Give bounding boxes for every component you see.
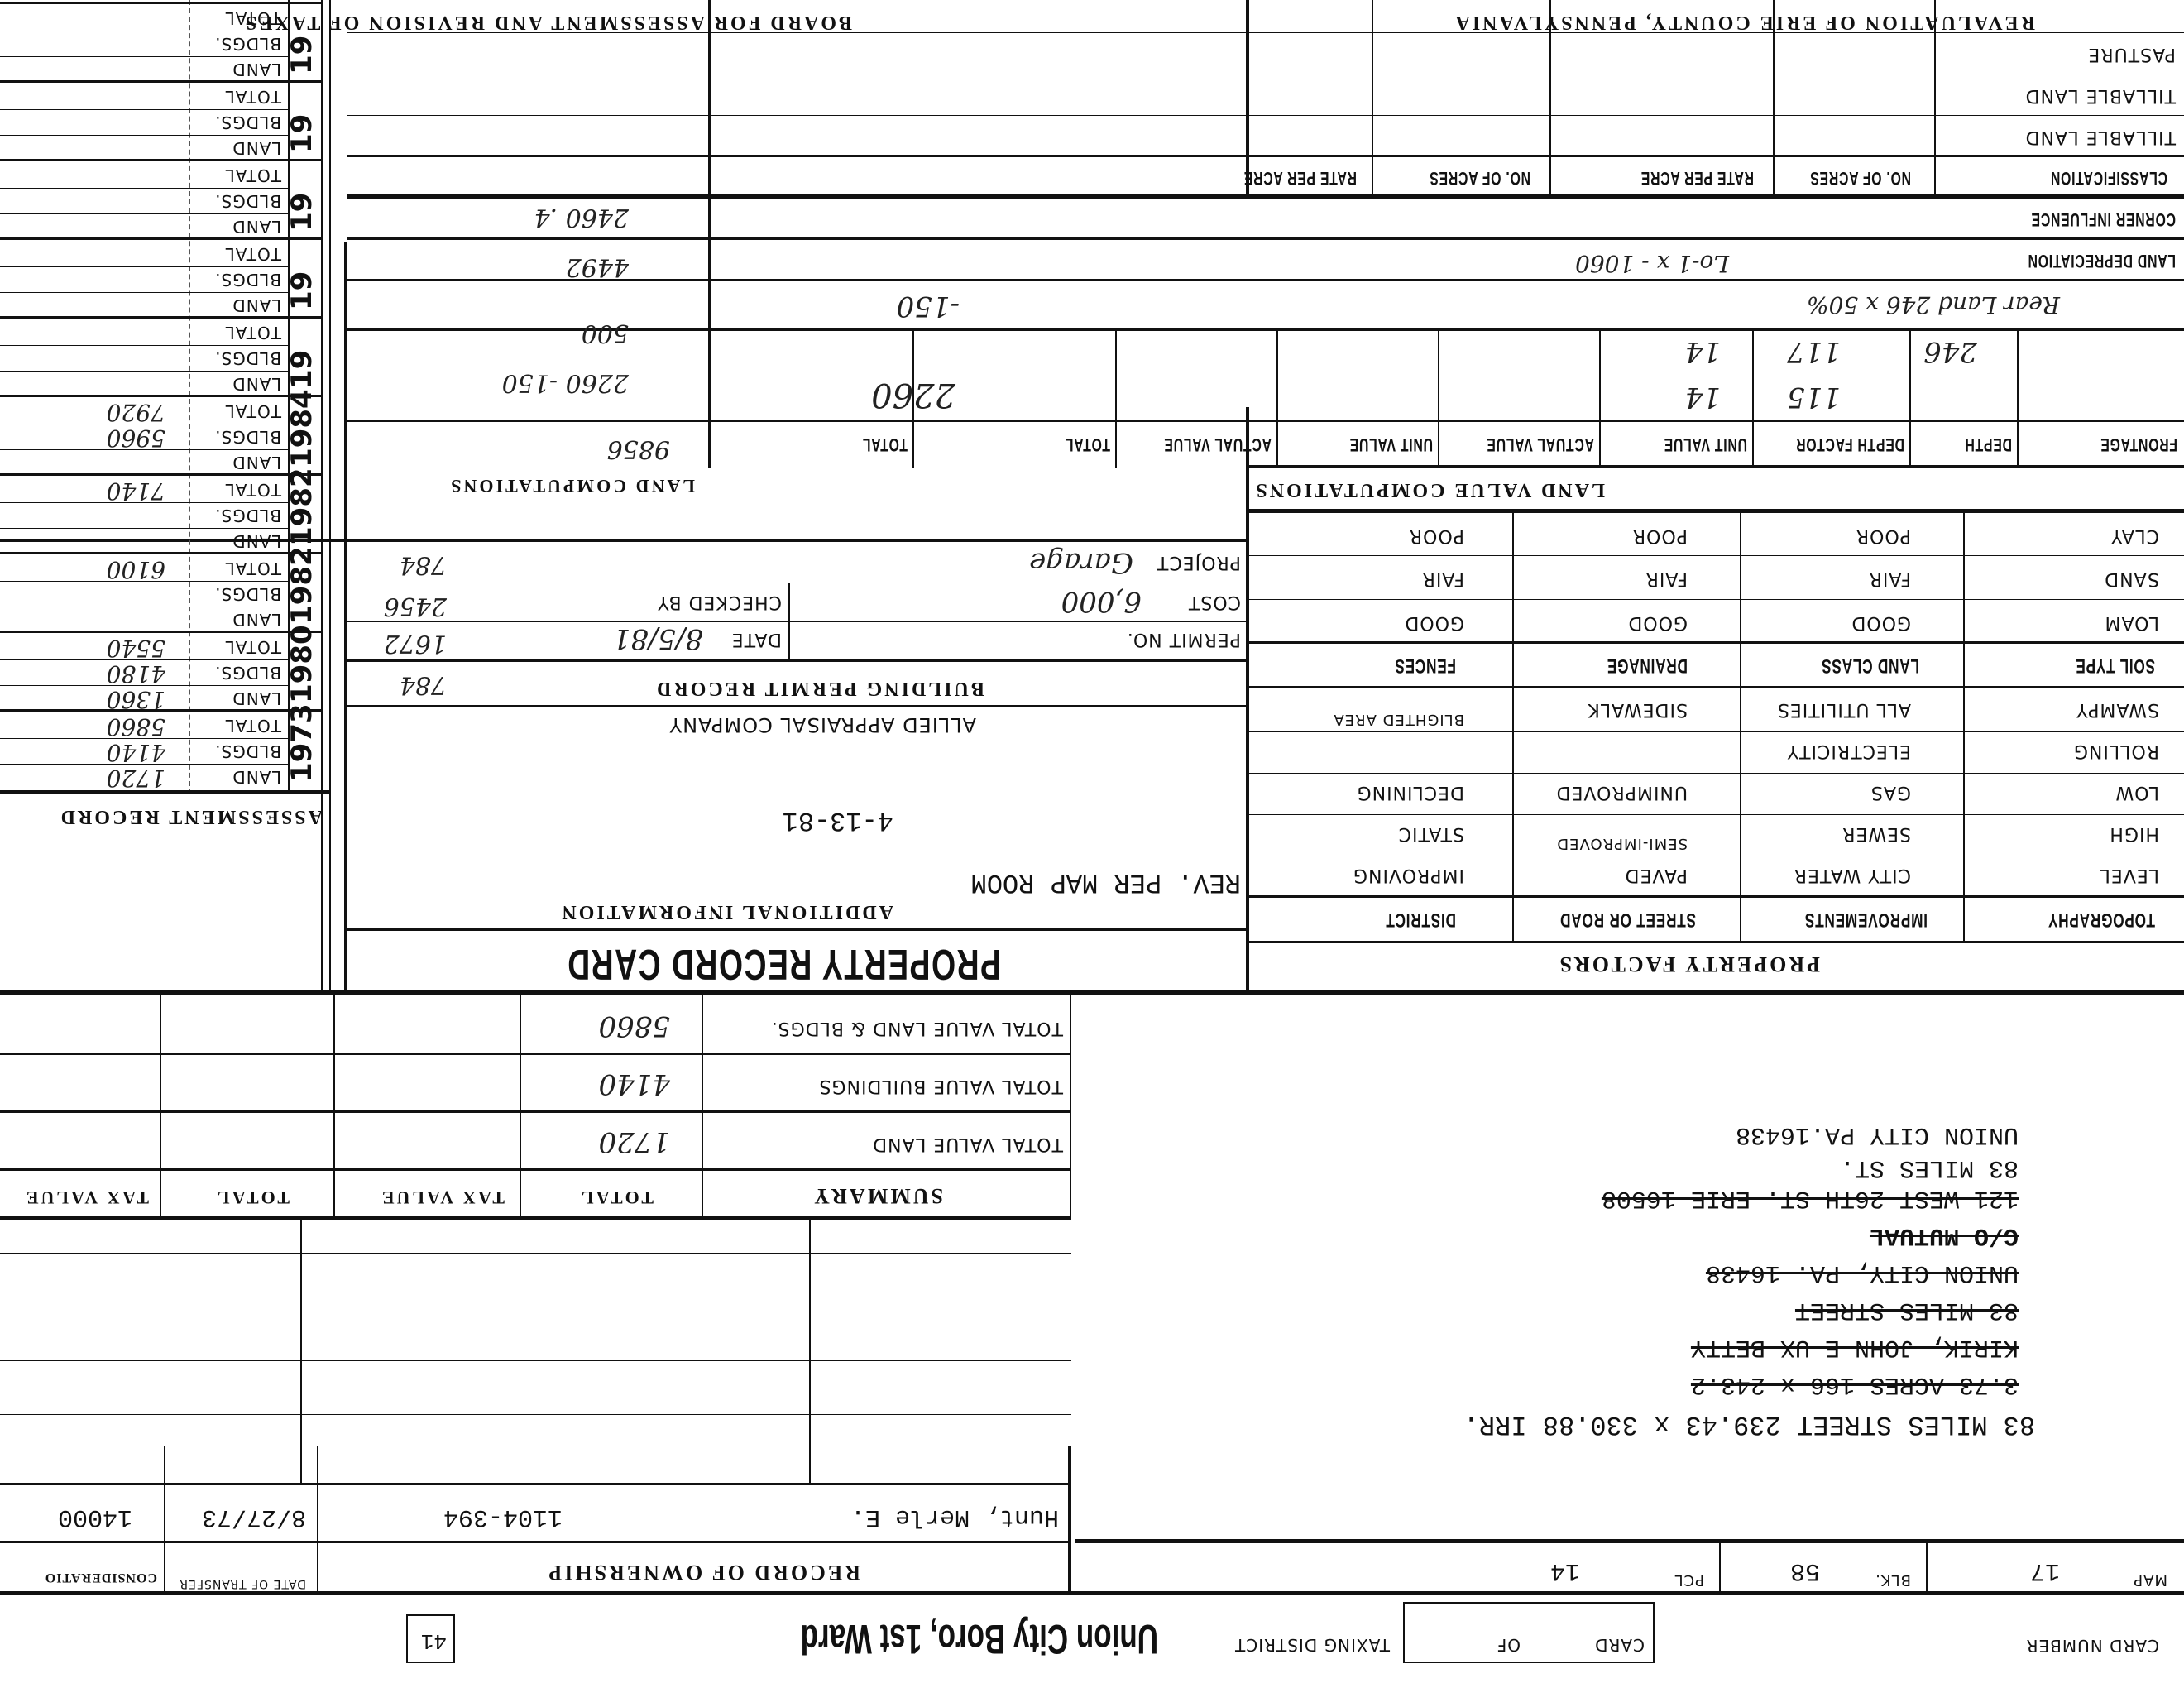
assessment-block-divider: [0, 80, 323, 83]
factor-declining: DECLINING: [1357, 782, 1464, 803]
assessment-row-divider: [0, 266, 290, 267]
permit-date-value: 8/5/81: [613, 622, 703, 655]
factor-static: STATIC: [1398, 823, 1464, 844]
assessment-bldgs-label: BLDGS.: [214, 113, 281, 132]
assessment-bldgs-label: BLDGS.: [214, 663, 281, 683]
lc-note-5: 2460 .4: [534, 203, 629, 232]
assessment-total-label: TOTAL: [225, 244, 281, 264]
card-label: CARD: [1594, 1635, 1645, 1655]
assessment-row-divider: [0, 528, 290, 529]
lv-unit-value-2: 14: [1685, 335, 1721, 368]
assessment-total-value: 7140: [107, 477, 165, 505]
blk-label: BLK.: [1875, 1571, 1911, 1589]
corner-influence-label: CORNER INFLUENCE: [2031, 209, 2176, 230]
land-value-col-header: ACTUAL VALUE: [1164, 434, 1272, 455]
assessment-row-divider: [0, 764, 290, 765]
assessment-total-value: 5540: [107, 635, 165, 662]
drainage-fair: FAIR: [1645, 568, 1688, 589]
factor-semi-improved: SEMI-IMPROVED: [1556, 835, 1688, 852]
address-struck-2: KIRIK, JOHN E UX BETTY: [1691, 1333, 2019, 1361]
land-value-col-header: TOTAL: [1065, 434, 1110, 455]
col-street-road: STREET OR ROAD: [1559, 908, 1696, 931]
address-struck-4: UNION CITY, PA. 16438: [1706, 1259, 2019, 1287]
card-number-label: CARD NUMBER: [2026, 1637, 2159, 1655]
summary-bldgs-total: 4140: [598, 1067, 670, 1101]
factor-level: LEVEL: [2100, 865, 2159, 885]
assessment-land-label: LAND: [232, 295, 281, 315]
additional-note-3: ALLIED APPRAISAL COMPANY: [669, 713, 977, 736]
district-code: 41: [421, 1628, 447, 1653]
owner-name: Hunt, Merle E.: [850, 1503, 1059, 1531]
lc-note-2: 2260 -150: [502, 368, 629, 397]
summary-land-label: TOTAL VALUE LAND: [872, 1134, 1063, 1154]
lc-note-1: 9856: [607, 434, 670, 463]
assessment-total-value: 6100: [107, 556, 165, 583]
property-record-card: CARD NUMBER CARD OF TAXING DISTRICT Unio…: [0, 0, 2184, 1688]
assessment-total-label: TOTAL: [225, 559, 281, 578]
project-label: PROJECT: [1157, 552, 1241, 573]
assessment-row-divider: [0, 109, 290, 110]
assessment-row-divider: [0, 213, 290, 214]
date-transfer-header: DATE OF TRANSFER: [174, 1577, 306, 1590]
lv-depth-factor-1: 115: [1787, 381, 1841, 414]
assessment-row-divider: [0, 31, 290, 31]
land-value-col-divider: [912, 331, 914, 468]
col-soil-type: SOIL TYPE: [2076, 654, 2155, 677]
address-current: 83 MILES STREET 239.43 x 330.88 IRR.: [1463, 1409, 2035, 1440]
land-value-col-header: UNIT VALUE: [1349, 434, 1433, 455]
assessment-block-divider: [0, 631, 323, 633]
pcl-value: 14: [1550, 1556, 1580, 1585]
summary-land-total: 1720: [598, 1125, 670, 1158]
land-computations-title: LAND COMPUTATIONS: [448, 475, 695, 496]
side-note-784: 784: [400, 670, 447, 699]
class-pasture: PASTURE: [2087, 44, 2176, 65]
assessment-row-divider: [0, 56, 290, 57]
land-value-col-header: ACTUAL VALUE: [1487, 434, 1594, 455]
assessment-total-label: TOTAL: [225, 401, 281, 421]
ownership-title: RECORD OF OWNERSHIP: [546, 1560, 860, 1585]
soil-loam: LOAM: [2105, 612, 2159, 633]
assessment-row-divider: [0, 424, 290, 424]
factor-unimproved: UNIMPROVED: [1556, 782, 1688, 803]
consideration-header: CONSIDERATIO: [45, 1570, 157, 1585]
blk-value: 58: [1790, 1556, 1820, 1585]
assessment-row-divider: [0, 188, 290, 189]
assessment-bldgs-label: BLDGS.: [214, 741, 281, 761]
assessment-year: 1982: [285, 546, 318, 625]
land-depreciation-label: LAND DEPRECIATION: [2028, 250, 2176, 271]
assessment-total-label: TOTAL: [225, 87, 281, 107]
footer-left-title: REVALUATION OF ERIE COUNTY, PENNSYLVANIA: [1454, 11, 2035, 33]
factor-high: HIGH: [2109, 823, 2159, 844]
side-note-2456: 2456: [384, 592, 447, 621]
factor-improving: IMPROVING: [1353, 865, 1464, 885]
summary-total-header: TOTAL: [579, 1187, 654, 1208]
summary-tax-header-2: TAX VALUE: [24, 1187, 149, 1208]
factor-blighted-area: BLIGHTED AREA: [1333, 711, 1464, 728]
col-classification: CLASSIFICATION: [2050, 167, 2167, 189]
col-fences: FENCES: [1395, 654, 1456, 677]
summary-all-label: TOTAL VALUE LAND & BLDGS.: [771, 1018, 1063, 1038]
assessment-year: 1980: [285, 625, 318, 703]
assessment-land-label: LAND: [232, 217, 281, 237]
col-district: DISTRICT: [1386, 908, 1456, 931]
card-of-box: CARD OF: [1403, 1602, 1655, 1663]
of-label: OF: [1497, 1635, 1521, 1655]
lv-note-line: Rear Land 246 x 50%: [1807, 291, 2060, 319]
col-no-acres-2: NO. OF ACRES: [1430, 167, 1530, 189]
land-value-col-divider: [2017, 331, 2019, 468]
assessment-land-label: LAND: [232, 453, 281, 472]
col-no-acres-1: NO. OF ACRES: [1810, 167, 1911, 189]
assessment-land-label: LAND: [232, 138, 281, 158]
assessment-year: 1973: [285, 703, 318, 782]
assessment-year: 19: [285, 36, 318, 74]
drainage-poor: POOR: [1632, 525, 1688, 546]
district-code-box: 41: [406, 1614, 455, 1663]
assessment-row-divider: [0, 685, 290, 686]
assessment-total-label: TOTAL: [225, 637, 281, 657]
assessment-row-divider: [0, 738, 290, 739]
lv-note-value: -150: [897, 290, 960, 323]
land-value-col-divider: [1599, 331, 1601, 468]
property-record-card-title: PROPERTY RECORD CARD: [567, 939, 1001, 989]
address-struck-3: 83 MILES STREET: [1795, 1296, 2019, 1324]
assessment-row-divider: [0, 449, 290, 450]
fences-good: GOOD: [1404, 612, 1464, 633]
col-land-class: LAND CLASS: [1821, 654, 1919, 677]
land-value-col-divider: [1438, 331, 1439, 468]
deed-book: 1104-394: [443, 1503, 563, 1531]
map-value: 17: [2030, 1556, 2060, 1585]
permit-date-label: DATE: [731, 629, 782, 650]
assessment-land-label: LAND: [232, 688, 281, 708]
factor-city-water: CITY WATER: [1794, 865, 1911, 885]
transfer-date: 8/27/73: [202, 1503, 306, 1531]
assessment-total-label: TOTAL: [225, 8, 281, 28]
assessment-row-divider: [0, 607, 290, 607]
factor-low: LOW: [2115, 782, 2159, 803]
fences-fair: FAIR: [1422, 568, 1464, 589]
assessment-bldgs-label: BLDGS.: [214, 34, 281, 54]
factor-gas: GAS: [1870, 782, 1911, 803]
assessment-land-value: 1360: [107, 686, 165, 713]
assessment-row-divider: [0, 659, 290, 660]
factor-swampy: SWAMPY: [2076, 699, 2159, 720]
side-note-1672: 1672: [384, 629, 447, 658]
assessment-land-value: 1720: [107, 765, 165, 792]
factor-paved: PAVED: [1625, 865, 1688, 885]
lc-note-4: 4492: [566, 252, 629, 281]
assessment-block-divider: [0, 552, 323, 554]
assessment-row-divider: [0, 292, 290, 293]
assessment-block-divider: [0, 473, 323, 476]
assessment-bldgs-label: BLDGS.: [214, 506, 281, 525]
assessment-bldgs-label: BLDGS.: [214, 348, 281, 368]
factor-sewer: SEWER: [1842, 823, 1911, 844]
assessment-year: 1982: [285, 468, 318, 546]
assessment-year: 19: [285, 350, 318, 389]
address-struck-5: C/O MUTUAL: [1870, 1221, 2019, 1249]
assessment-land-label: LAND: [232, 60, 281, 79]
assessment-row-divider: [0, 581, 290, 582]
assessment-total-label: TOTAL: [225, 716, 281, 736]
soil-sand: SAND: [2104, 568, 2159, 589]
assessment-bldgs-label: BLDGS.: [214, 270, 281, 290]
land-value-col-header: TOTAL: [862, 434, 908, 455]
assessment-total-label: TOTAL: [225, 165, 281, 185]
assessment-total-label: TOTAL: [225, 323, 281, 343]
assessment-year: 19: [285, 114, 318, 153]
assessment-block-divider: [0, 159, 323, 161]
assessment-year: 1984: [285, 389, 318, 468]
land-value-title: LAND VALUE COMPUTATIONS: [1253, 478, 1605, 501]
summary-bldgs-label: TOTAL VALUE BUILDINGS: [819, 1076, 1063, 1096]
lc-note-3: 500: [582, 319, 629, 348]
land-value-col-divider: [1909, 331, 1911, 468]
consideration-value: 14000: [58, 1503, 132, 1531]
assessment-row-divider: [0, 135, 290, 136]
land-depreciation-note: Lo-1 x - 1060: [1575, 250, 1729, 277]
assessment-bldgs-value: 4140: [107, 739, 165, 766]
project-value: Garage: [1029, 546, 1133, 579]
assessment-year: 19: [285, 193, 318, 232]
factor-all-utilities: ALL UTILITIES: [1777, 699, 1911, 720]
fences-poor: POOR: [1409, 525, 1464, 546]
land-value-col-divider: [1276, 331, 1278, 468]
summary-all-total: 5860: [598, 1009, 670, 1043]
summary-total-header-2: TOTAL: [215, 1187, 290, 1208]
col-rate-acre-1: RATE PER ACRE: [1640, 167, 1754, 189]
class-good: GOOD: [1851, 612, 1911, 633]
assessment-bldgs-value: 4180: [107, 660, 165, 688]
building-permit-title: BUILDING PERMIT RECORD: [654, 677, 984, 699]
assessment-row-divider: [0, 345, 290, 346]
assessment-bldgs-label: BLDGS.: [214, 427, 281, 447]
assessment-land-label: LAND: [232, 531, 281, 551]
class-poor: POOR: [1856, 525, 1911, 546]
factor-rolling: ROLLING: [2073, 741, 2159, 761]
assessment-year: 19: [285, 271, 318, 310]
factor-electricity: ELECTRICITY: [1787, 741, 1911, 761]
checked-by-label: CHECKED BY: [657, 592, 782, 612]
assessment-row-divider: [0, 371, 290, 372]
address-struck-1: 3.73 ACRES 166 x 243.2: [1691, 1370, 2019, 1398]
col-drainage: DRAINAGE: [1607, 654, 1688, 677]
col-topography: TOPOGRAPHY: [2047, 908, 2155, 931]
drainage-good: GOOD: [1627, 612, 1688, 633]
land-value-col-divider: [1752, 331, 1754, 468]
additional-note-1: REV. PER MAP ROOM: [971, 867, 1241, 898]
lv-unit-value-1: 14: [1685, 381, 1721, 414]
col-improvements: IMPROVEMENTS: [1804, 908, 1928, 931]
lv-depth-factor-2: 117: [1787, 335, 1841, 368]
district-name: Union City Boro, 1st Ward: [801, 1615, 1158, 1663]
factor-sidewalk: SIDEWALK: [1587, 699, 1688, 720]
assessment-total-label: TOTAL: [225, 480, 281, 500]
assessment-block-divider: [0, 237, 323, 240]
land-value-col-header: FRONTAGE: [2100, 434, 2177, 455]
assessment-bldgs-value: 5960: [107, 424, 165, 452]
additional-note-2: 4-13-81: [783, 805, 893, 836]
cost-label: COST: [1188, 592, 1241, 612]
class-tillable-1: TILLABLE LAND: [2025, 127, 2176, 147]
cost-value: 6,000: [1061, 585, 1142, 618]
col-rate-acre-2: RATE PER ACRE: [1243, 167, 1357, 189]
lv-depth-2: 246: [1923, 335, 1977, 368]
taxing-district-label: TAXING DISTRICT: [1234, 1635, 1390, 1655]
assessment-bldgs-label: BLDGS.: [214, 191, 281, 211]
assessment-bldgs-label: BLDGS.: [214, 584, 281, 604]
property-factors-title: PROPERTY FACTORS: [1558, 952, 1820, 976]
assessment-total-value: 5860: [107, 713, 165, 741]
class-tillable-2: TILLABLE LAND: [2025, 85, 2176, 106]
assessment-land-label: LAND: [232, 374, 281, 394]
pcl-label: PCL: [1674, 1571, 1704, 1589]
footer-right-title: BOARD FOR ASSESSMENT AND REVISION OF TAX…: [243, 11, 852, 33]
assessment-total-value: 7920: [107, 399, 165, 426]
assessment-land-label: LAND: [232, 767, 281, 787]
summary-title: SUMMARY: [812, 1183, 943, 1208]
side-note-784b: 784: [400, 550, 447, 579]
map-label: MAP: [2133, 1571, 2167, 1589]
assessment-block-divider: [0, 2, 323, 4]
summary-tax-header: TAX VALUE: [380, 1187, 505, 1208]
assessment-block-divider: [0, 395, 323, 397]
soil-clay: CLAY: [2110, 525, 2159, 546]
address-struck-6: 121 WEST 26TH ST. ERIE 16508: [1602, 1184, 2019, 1212]
land-value-col-header: DEPTH FACTOR: [1795, 434, 1904, 455]
land-value-col-header: DEPTH: [1965, 434, 2012, 455]
class-fair: FAIR: [1869, 568, 1911, 589]
mailing-line-1: 83 MILES ST.: [1840, 1153, 2019, 1182]
assessment-block-divider: [0, 316, 323, 319]
assessment-title: ASSESSMENT RECORD: [59, 805, 323, 827]
land-value-col-divider: [1115, 331, 1117, 468]
additional-info-title: ADDITIONAL INFORMATION: [559, 900, 893, 923]
assessment-row-divider: [0, 502, 290, 503]
permit-no-label: PERMIT NO.: [1127, 629, 1241, 650]
land-value-col-header: UNIT VALUE: [1664, 434, 1747, 455]
mailing-line-2: UNION CITY PA.16438: [1736, 1120, 2019, 1149]
assessment-land-label: LAND: [232, 610, 281, 630]
